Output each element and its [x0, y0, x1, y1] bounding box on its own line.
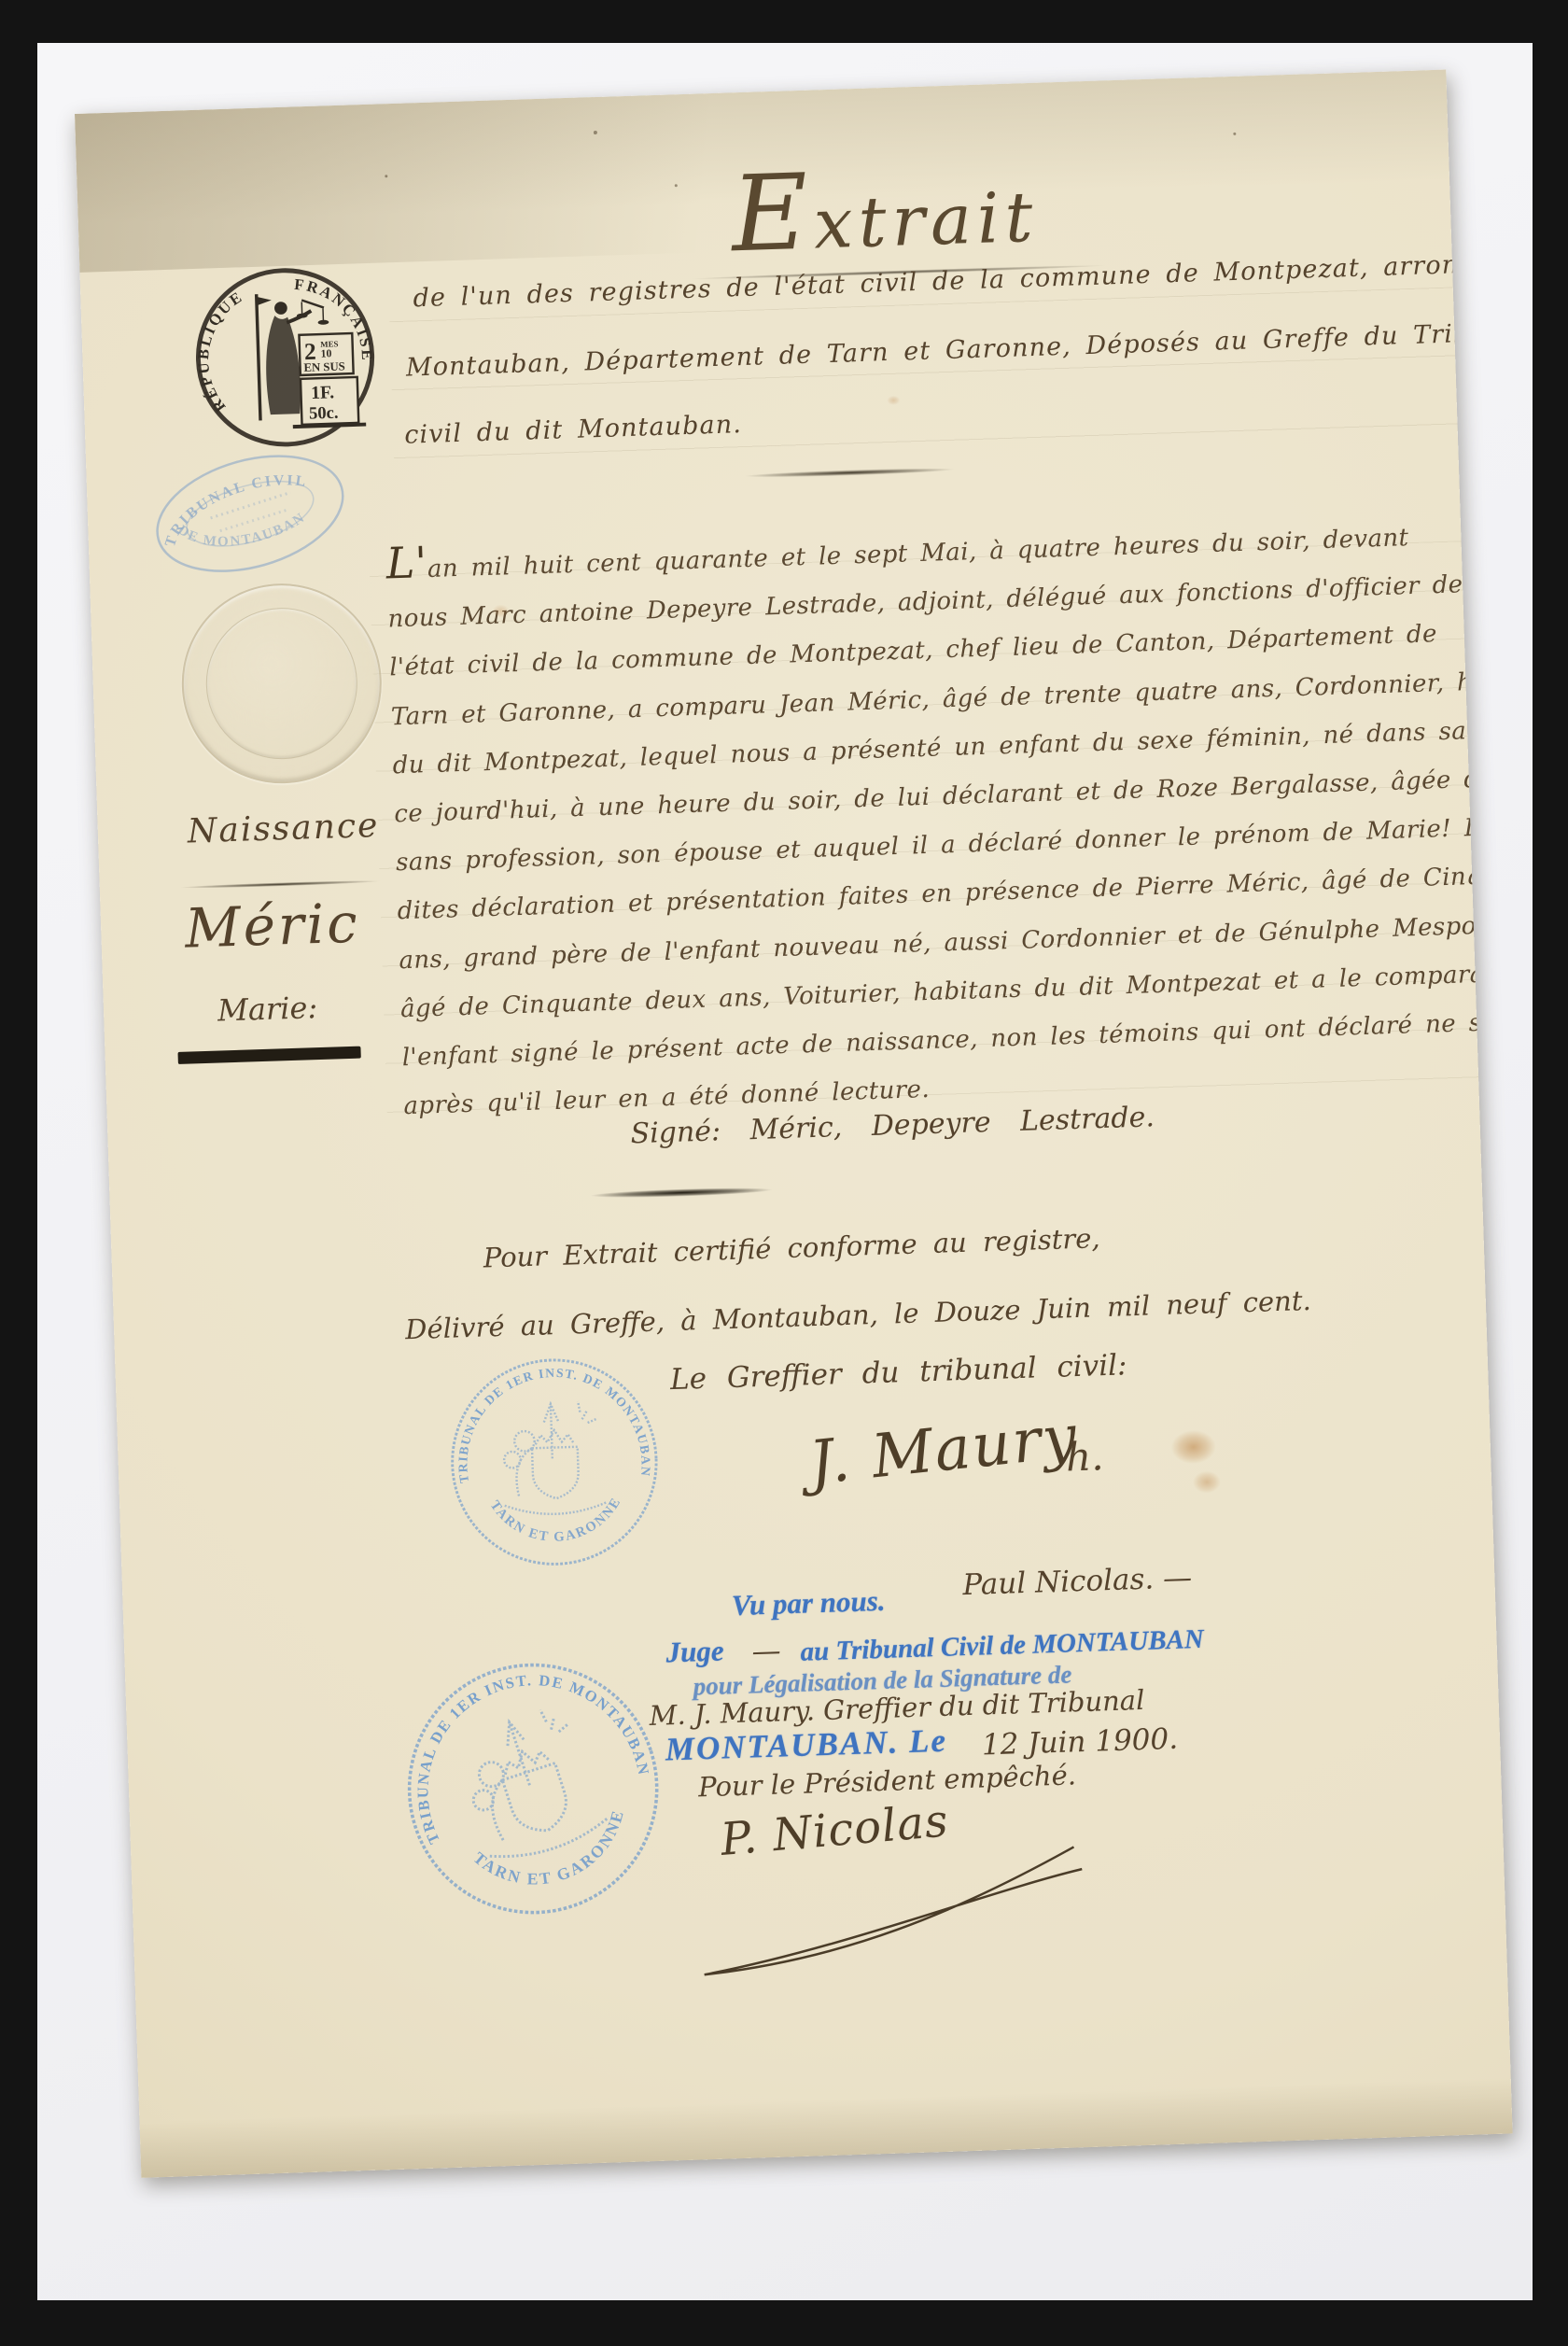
ink-speck	[385, 175, 387, 177]
margin-heading: Naissance	[187, 807, 380, 851]
coat-of-arms-icon	[452, 1700, 611, 1867]
ink-speck	[594, 131, 597, 134]
certification-line: Le Greffier du tribunal civil:	[670, 1348, 1127, 1397]
svg-text:1F.: 1F.	[311, 383, 335, 403]
oval-court-stamp-graphic: TRIBUNAL CIVIL DE MONTAUBAN	[134, 428, 365, 600]
ink-speck	[1233, 133, 1236, 135]
greffier-signature: J. Maury	[806, 1402, 1082, 1498]
ink-stain	[1193, 1470, 1222, 1494]
foxing-spot	[887, 396, 900, 405]
act-body: L'an mil huit cent quarante et le sept M…	[385, 499, 1513, 1131]
surcharge-box: 2 MES 10 EN SUS	[299, 333, 353, 375]
court-round-stamp-graphic: TRIBUNAL DE 1ER INST. DE MONTAUBAN TARN …	[441, 1349, 666, 1574]
revenue-stamp-graphic: RÉPUBLIQUE FRANÇAISE 2 MES 10	[190, 263, 379, 452]
coat-of-arms-icon	[501, 1400, 607, 1515]
svg-text:EN SUS: EN SUS	[303, 359, 345, 373]
margin-surname: Méric	[184, 892, 361, 961]
section-divider	[745, 467, 955, 479]
denomination-box: 1F. 50c.	[291, 377, 366, 427]
court-round-stamp-1: TRIBUNAL DE 1ER INST. DE MONTAUBAN TARN …	[441, 1349, 666, 1574]
svg-text:TRIBUNAL DE 1ER INST. DE MONTA: TRIBUNAL DE 1ER INST. DE MONTAUBAN	[453, 1363, 653, 1484]
legalization-vu-par-nous: Vu par nous.	[731, 1584, 886, 1623]
margin-underline	[180, 879, 381, 890]
greffier-paraph: h.	[1065, 1433, 1104, 1480]
svg-text:RÉPUBLIQUE: RÉPUBLIQUE	[191, 287, 250, 415]
round-stamp-top-text: TRIBUNAL DE 1ER INST. DE MONTAUBAN	[453, 1363, 653, 1484]
svg-text:50c.: 50c.	[309, 403, 339, 424]
legalization-montauban-le: MONTAUBAN. Le	[665, 1722, 947, 1769]
legalization-juge: Juge	[665, 1634, 724, 1669]
legalization-tribunal: au Tribunal Civil de MONTAUBAN	[800, 1624, 1204, 1668]
scanned-archive-photo: { "doc": { "title": "Extrait", "intro_li…	[0, 0, 1568, 2346]
intro-line: Montauban, Département de Tarn et Garonn…	[405, 317, 1512, 383]
embossed-seal-ring	[203, 606, 359, 762]
signature-divider	[591, 1186, 773, 1199]
handwritten-dash: —	[751, 1634, 781, 1668]
judge-name-handwritten: Paul Nicolas. —	[962, 1561, 1193, 1602]
margin-ink-bar	[178, 1047, 361, 1064]
ink-speck	[675, 184, 678, 187]
intro-line: civil du dit Montauban.	[404, 410, 743, 450]
document-paper: RÉPUBLIQUE FRANÇAISE 2 MES 10	[75, 70, 1513, 2178]
certification-line: Pour Extrait certifié conforme au regist…	[483, 1222, 1100, 1273]
oval-court-stamp: TRIBUNAL CIVIL DE MONTAUBAN	[134, 428, 365, 600]
signature-flourish	[635, 1819, 1106, 1993]
ink-stain	[1170, 1429, 1216, 1465]
svg-text:10: 10	[320, 347, 331, 359]
embossed-seal	[178, 581, 385, 787]
date-handwritten: 12 Juin 1900.	[981, 1722, 1178, 1763]
margin-firstname: Marie:	[217, 990, 317, 1028]
document-title: Extrait	[731, 169, 1040, 268]
revenue-stamp-arc-left: RÉPUBLIQUE	[191, 287, 250, 415]
revenue-stamp: RÉPUBLIQUE FRANÇAISE 2 MES 10	[190, 263, 379, 452]
certification-line: Délivré au Greffe, à Montauban, le Douze…	[405, 1285, 1311, 1345]
